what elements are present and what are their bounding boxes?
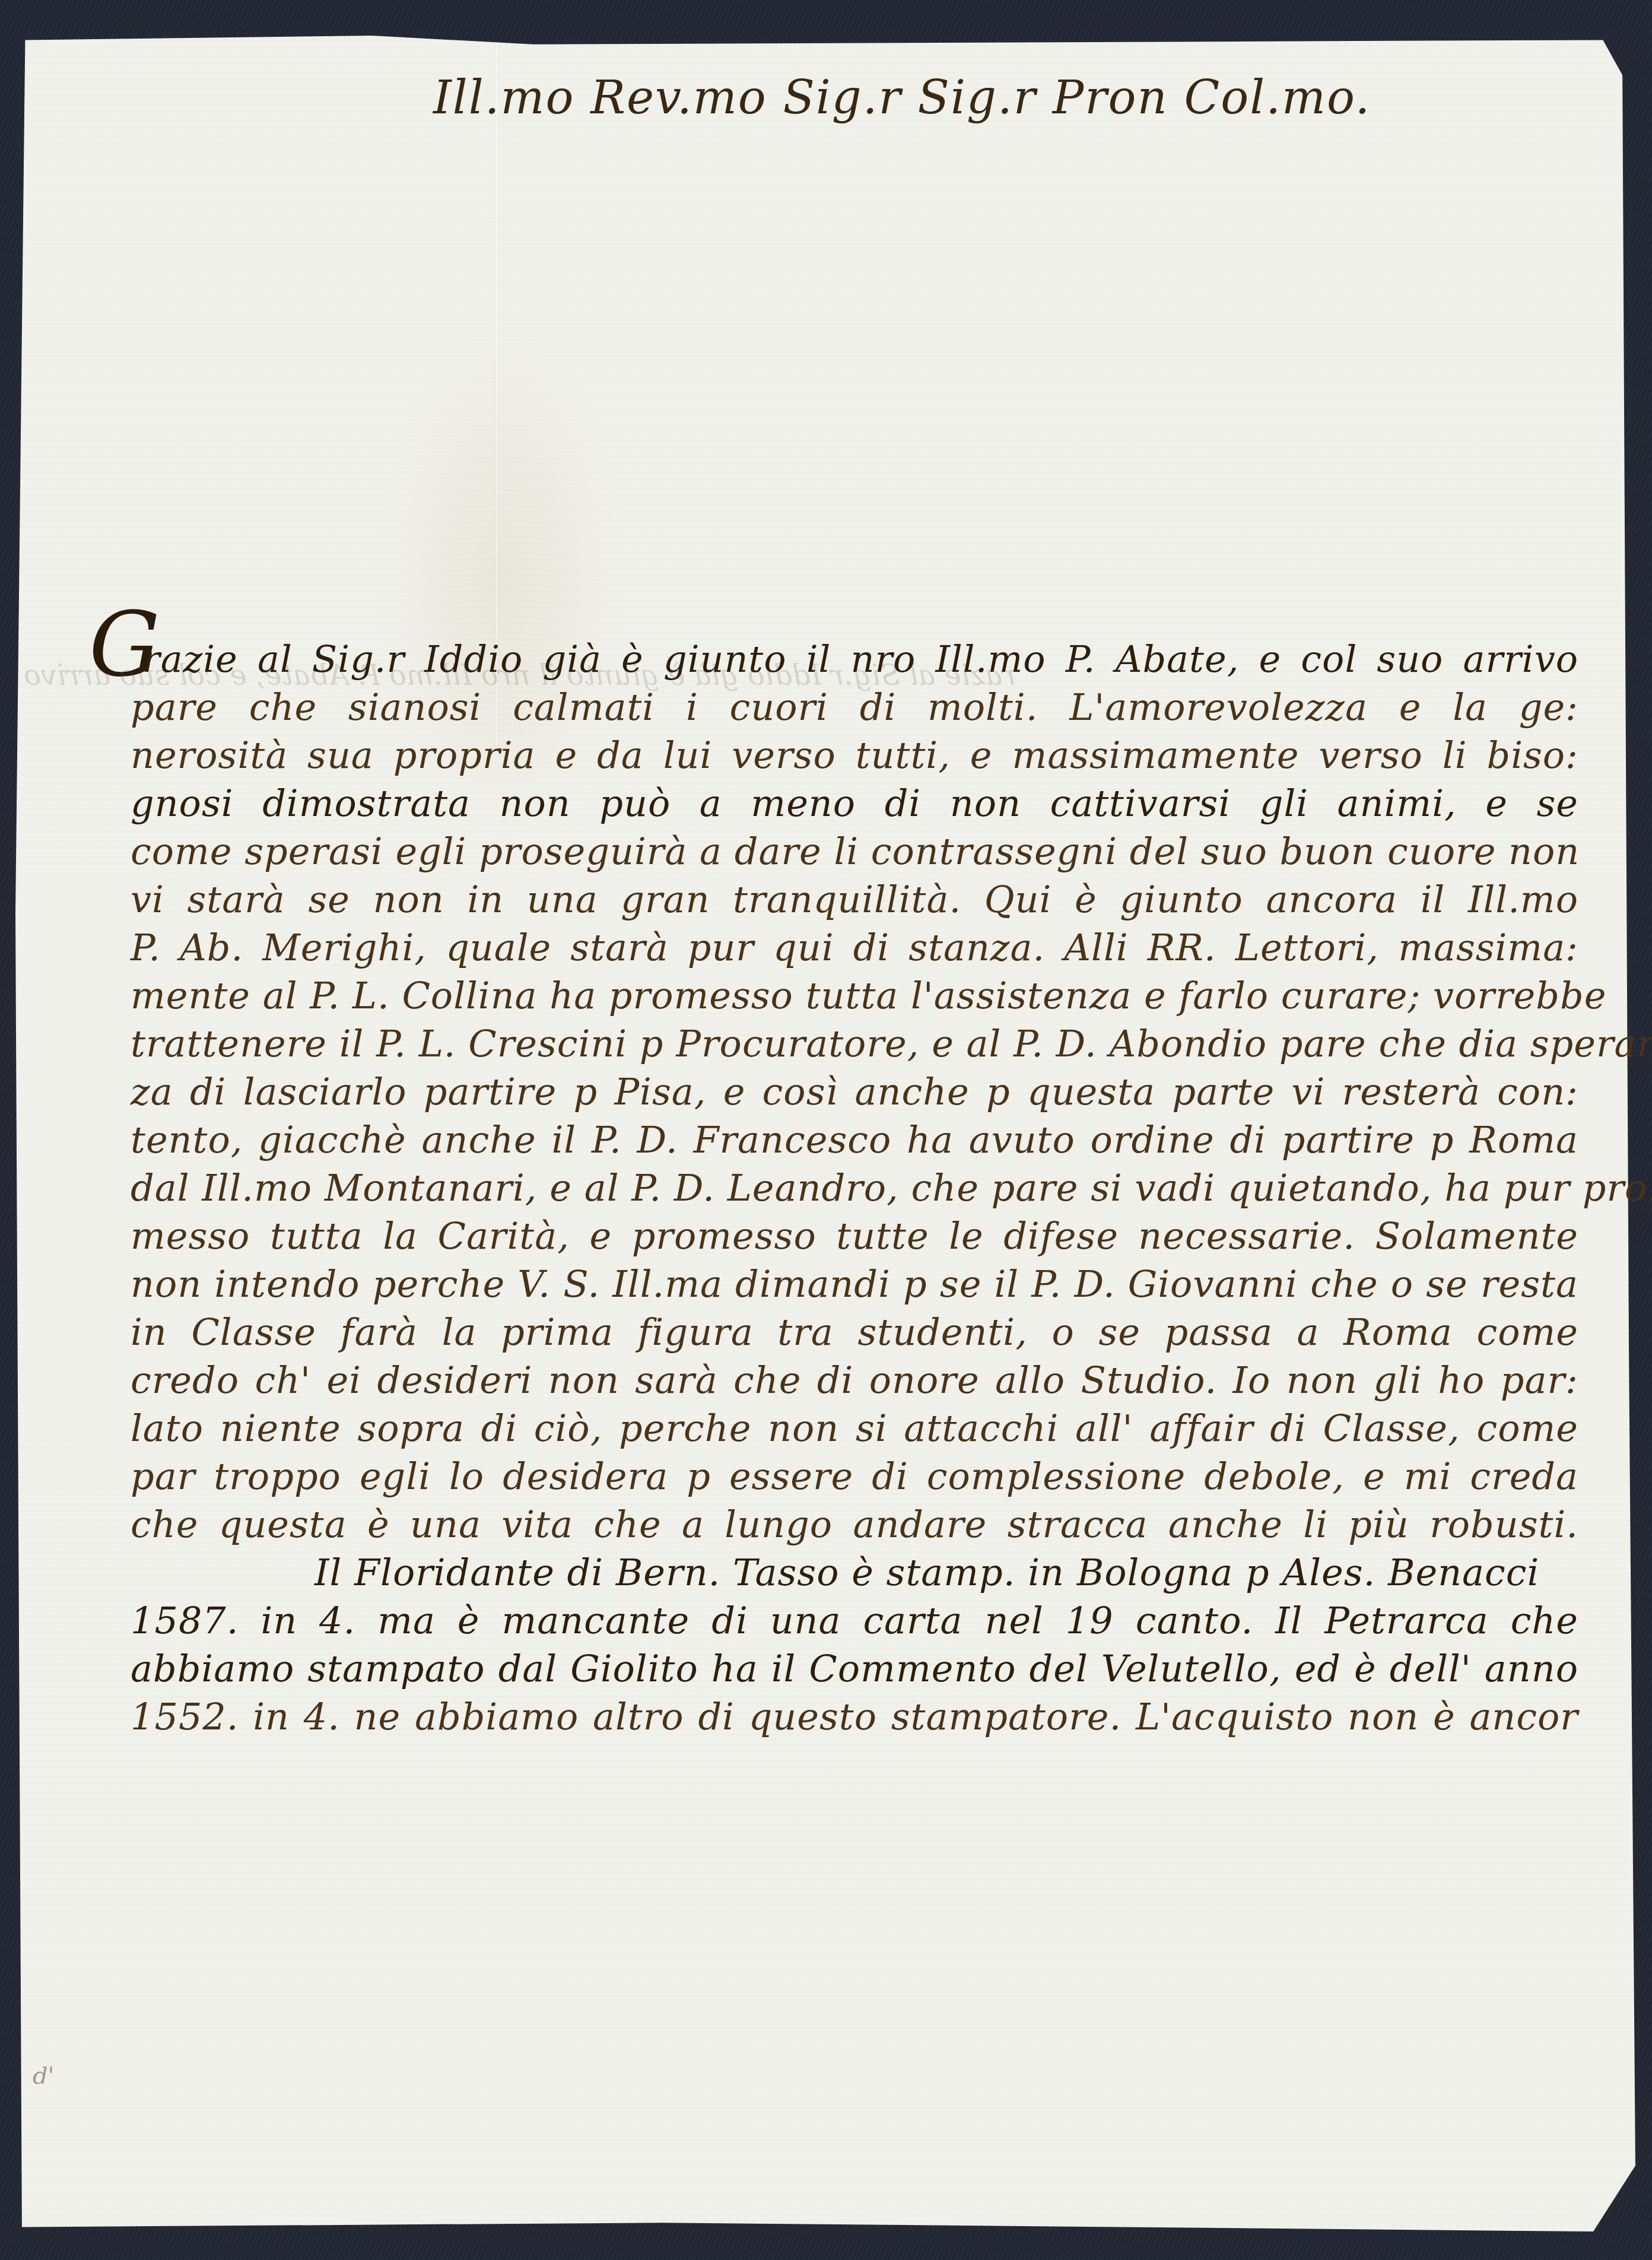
- text-line: dal Ill.mo Montanari, e al P. D. Leandro…: [131, 1164, 1578, 1212]
- text-line: razie al Sig.r Iddio già è giunto il nro…: [131, 635, 1578, 683]
- text-line: za di lasciarlo partire p Pisa, e così a…: [131, 1068, 1578, 1116]
- salutation-heading: Ill.mo Rev.mo Sig.r Sig.r Pron Col.mo.: [433, 71, 1371, 125]
- text-line: abbiamo stampato dal Giolito ha il Comme…: [131, 1645, 1578, 1693]
- text-line: tento, giacchè anche il P. D. Francesco …: [131, 1116, 1578, 1164]
- margin-annotation: d': [33, 2062, 55, 2090]
- text-line: 1552. in 4. ne abbiamo altro di questo s…: [131, 1693, 1578, 1741]
- text-line: vi starà se non in una gran tranquillità…: [131, 875, 1578, 923]
- text-line: pare che sianosi calmati i cuori di molt…: [131, 683, 1578, 731]
- text-line: che questa è una vita che a lungo andare…: [131, 1500, 1578, 1548]
- text-line: in Classe farà la prima figura tra stude…: [131, 1308, 1578, 1356]
- text-line: 1587. in 4. ma è mancante di una carta n…: [131, 1596, 1578, 1645]
- text-line: trattenere il P. L. Crescini p Procurato…: [131, 1020, 1578, 1068]
- text-line: messo tutta la Carità, e promesso tutte …: [131, 1212, 1578, 1260]
- paragraph-start-line: Il Floridante di Bern. Tasso è stamp. in…: [131, 1548, 1578, 1596]
- text-line: P. Ab. Merighi, quale starà pur qui di s…: [131, 923, 1578, 972]
- text-line: mente al P. L. Collina ha promesso tutta…: [131, 972, 1578, 1020]
- text-line: come sperasi egli proseguirà a dare li c…: [131, 827, 1578, 875]
- text-line: par troppo egli lo desidera p essere di …: [131, 1452, 1578, 1500]
- letter-body: razie al Sig.r Iddio già è giunto il nro…: [131, 635, 1578, 1741]
- text-line: lato niente sopra di ciò, perche non si …: [131, 1404, 1578, 1452]
- text-line: nerosità sua propria e da lui verso tutt…: [131, 731, 1578, 779]
- text-line: gnosi dimostrata non può a meno di non c…: [131, 779, 1578, 827]
- text-line: credo ch' ei desideri non sarà che di on…: [131, 1356, 1578, 1404]
- text-line: non intendo perche V. S. Ill.ma dimandi …: [131, 1260, 1578, 1308]
